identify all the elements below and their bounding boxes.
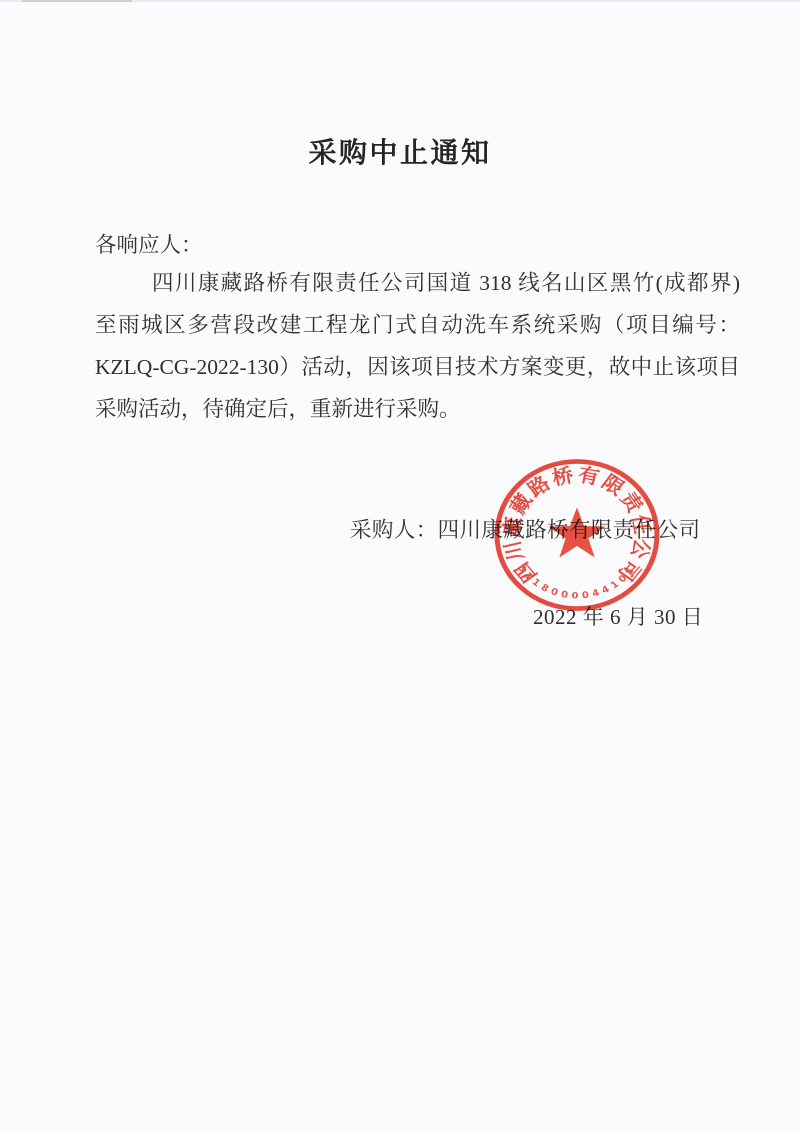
body-line-2: 至雨城区多营段改建工程龙门式自动洗车系统采购（项目编号： bbox=[95, 304, 740, 346]
body-line-4: 采购活动，待确定后，重新进行采购。 bbox=[95, 388, 740, 430]
star-icon bbox=[549, 507, 606, 557]
company-seal-stamp: 四川康藏路桥有限责任公司 5118000044105 bbox=[477, 443, 677, 627]
seal-graphic: 四川康藏路桥有限责任公司 5118000044105 bbox=[477, 443, 677, 627]
scanned-notice-page: 采购中止通知 各响应人： 四川康藏路桥有限责任公司国道 318 线名山区黑竹(成… bbox=[0, 0, 800, 1131]
page-title: 采购中止通知 bbox=[0, 131, 800, 171]
body-line-3: KZLQ-CG-2022-130）活动，因该项目技术方案变更，故中止该项目 bbox=[95, 346, 740, 388]
salutation-text: 各响应人： bbox=[95, 224, 203, 266]
scan-artifact bbox=[22, 0, 132, 2]
body-line-1: 四川康藏路桥有限责任公司国道 318 线名山区黑竹(成都界) bbox=[95, 262, 740, 304]
notice-body: 四川康藏路桥有限责任公司国道 318 线名山区黑竹(成都界) 至雨城区多营段改建… bbox=[95, 262, 740, 430]
